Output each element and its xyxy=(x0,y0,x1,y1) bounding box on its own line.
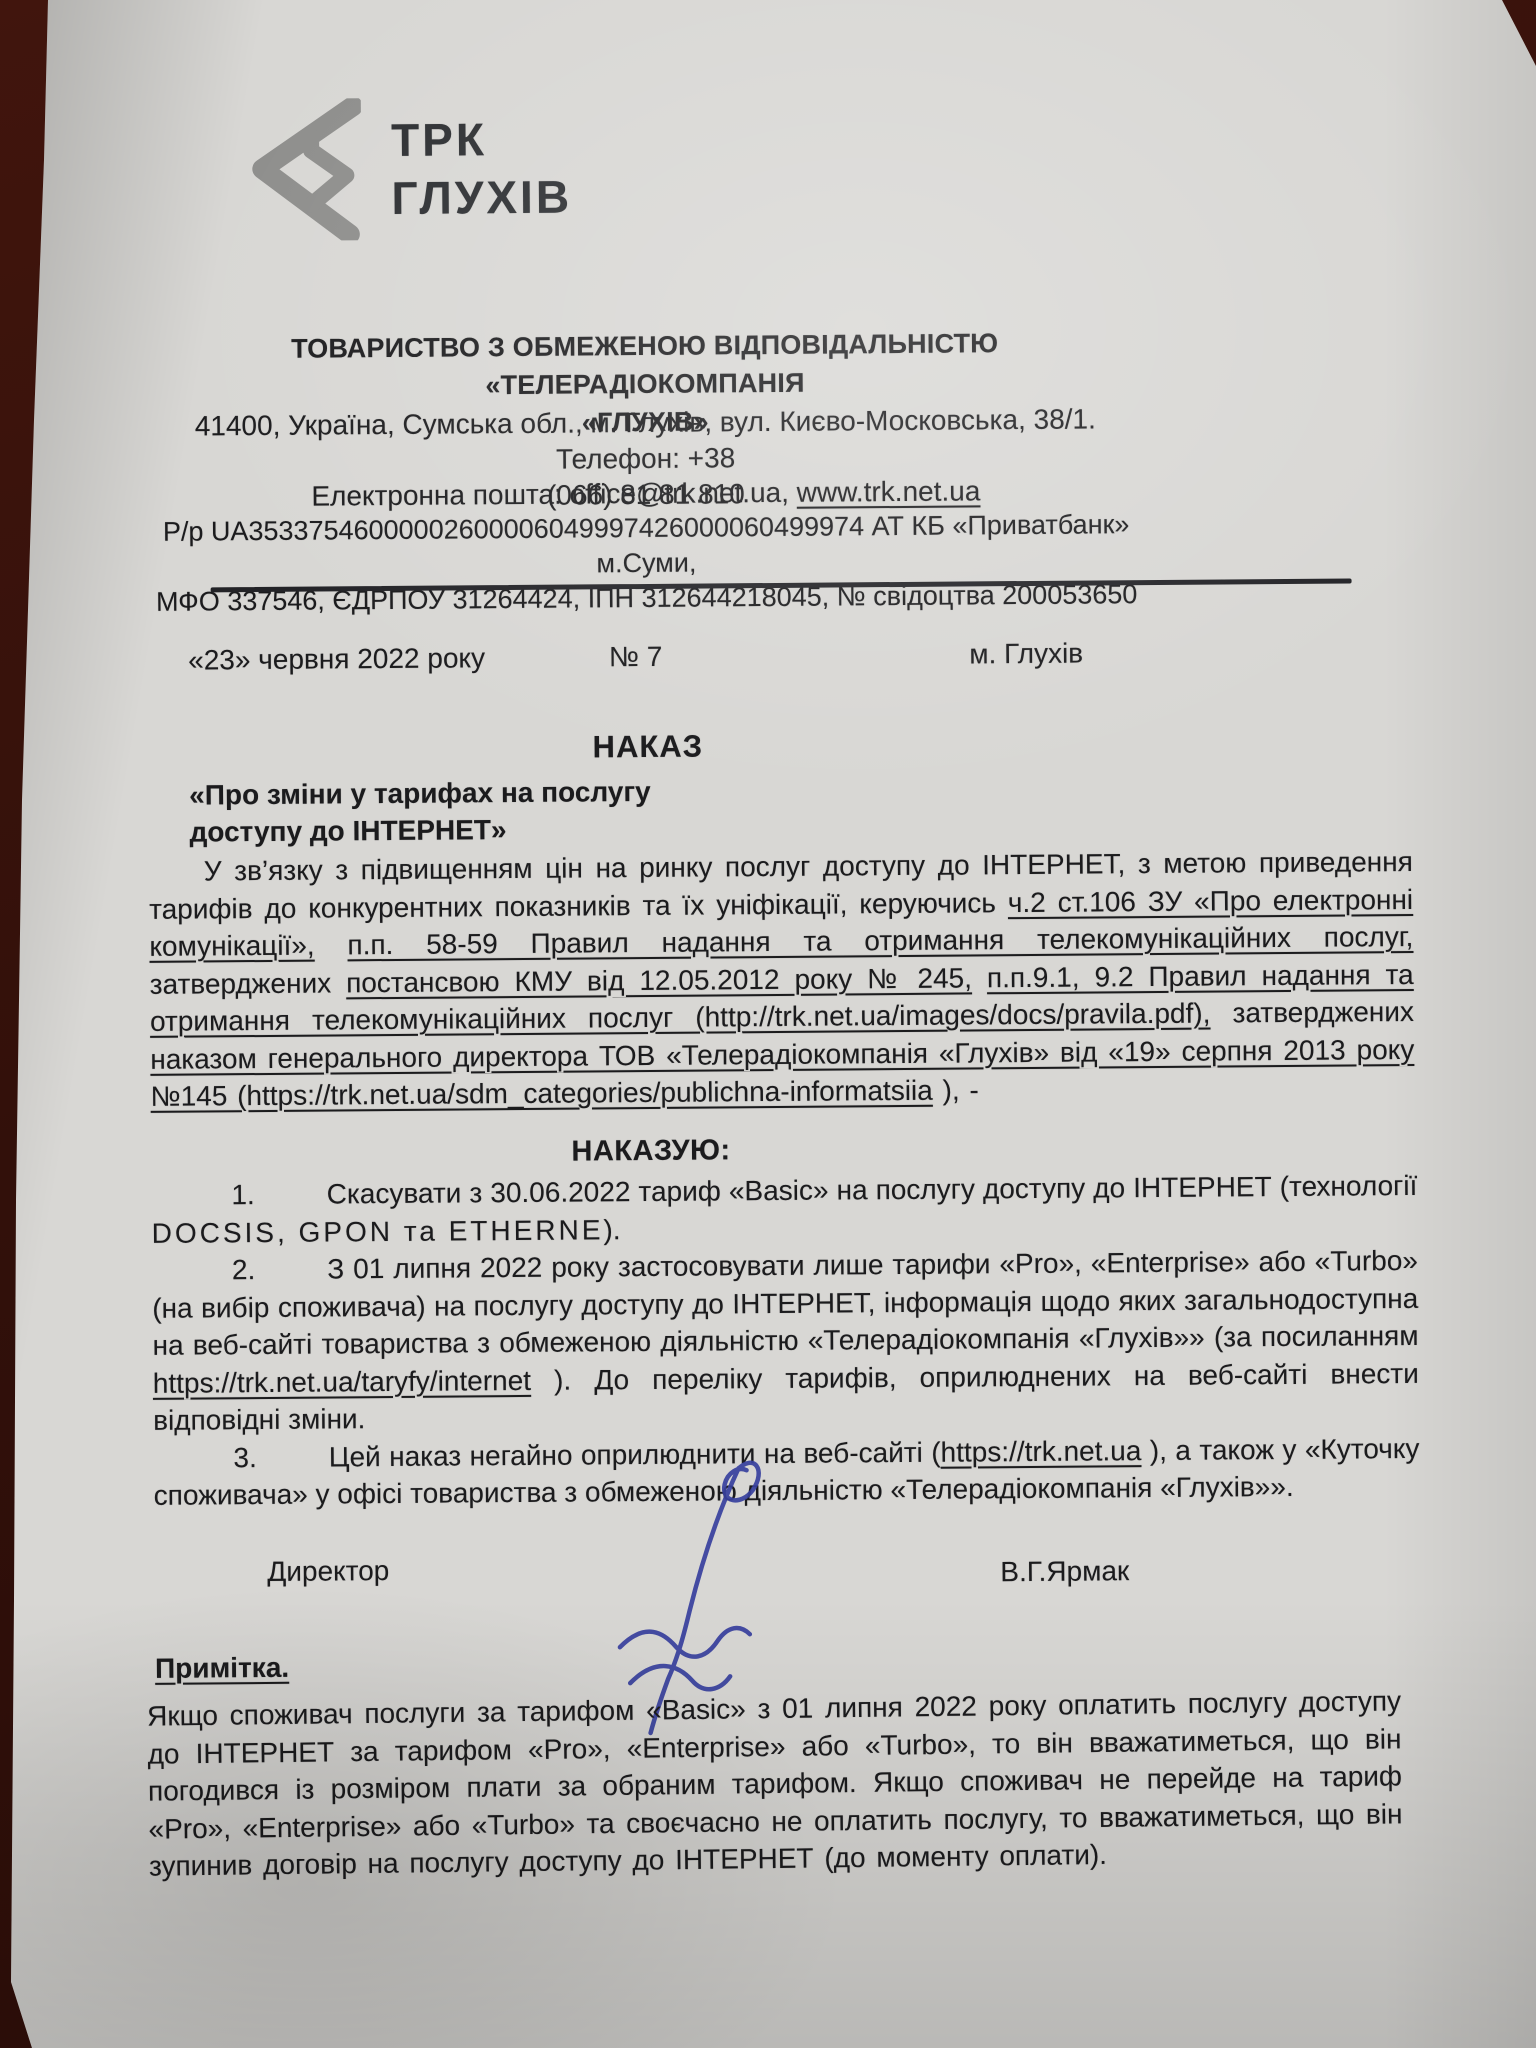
director-name: В.Г.Ярмак xyxy=(1000,1555,1129,1588)
tariffs-url: https://trk.net.ua/taryfy/internet xyxy=(153,1364,531,1398)
order-item-2: 2.З 01 липня 2022 року застосовувати лиш… xyxy=(152,1242,1419,1439)
company-name-line1: ТОВАРИСТВО З ОБМЕЖЕНОЮ ВІДПОВІДАЛЬНІСТЮ … xyxy=(291,328,998,400)
order-title: НАКАЗ xyxy=(148,725,1148,769)
technology-list: DOCSIS, GPON та ETHERNE xyxy=(152,1214,604,1249)
site-url: https://trk.net.ua xyxy=(940,1435,1141,1468)
order-item-1: 1.Скасувати з 30.06.2022 тариф «Basic» н… xyxy=(151,1167,1418,1252)
subject-line-1: «Про зміни у тарифах на послугу xyxy=(189,776,651,811)
logo-line-2: ГЛУХІВ xyxy=(391,171,572,224)
item-number: 3. xyxy=(233,1442,257,1473)
order-meta-row: «23» червня 2022 року № 7 м. Глухів xyxy=(188,638,1083,677)
order-date: «23» червня 2022 року xyxy=(188,642,487,676)
order-subject: «Про зміни у тарифах на послугу доступу … xyxy=(189,773,651,851)
address-line: 41400, Україна, Сумська обл., м. Глухів,… xyxy=(195,403,1096,474)
subject-line-2: доступу до ІНТЕРНЕТ» xyxy=(189,814,506,847)
bank-details: Р/р UA3533754600000260000604999742600006… xyxy=(146,507,1147,620)
bank-line-1: Р/р UA3533754600000260000604999742600006… xyxy=(163,509,1130,578)
resolution-heading: НАКАЗУЮ: xyxy=(151,1131,1151,1172)
website-link: www.trk.net.ua xyxy=(797,475,981,507)
director-role-label: Директор xyxy=(267,1555,389,1588)
photo-background: ТРК ГЛУХІВ ТОВАРИСТВО З ОБМЕЖЕНОЮ ВІДПОВ… xyxy=(0,0,1536,2048)
item-number: 1. xyxy=(231,1179,255,1210)
item-number: 2. xyxy=(232,1254,256,1285)
company-logo: ТРК ГЛУХІВ xyxy=(249,97,573,242)
logo-wordmark: ТРК ГЛУХІВ xyxy=(391,110,572,227)
order-preamble: У зв’язку з підвищенням цін на ринку пос… xyxy=(149,843,1415,1115)
email-label: Електронна пошта: office@trk.net.ua, xyxy=(311,477,797,512)
note-label: Примітка. xyxy=(155,1652,289,1685)
order-city: м. Глухів xyxy=(785,638,1084,672)
order-number: № 7 xyxy=(486,640,785,674)
note-text: Якщо споживач послуги за тарифом «Basic»… xyxy=(147,1682,1403,1885)
trk-logo-icon xyxy=(249,98,362,241)
document-content: ТРК ГЛУХІВ ТОВАРИСТВО З ОБМЕЖЕНОЮ ВІДПОВ… xyxy=(0,0,1536,2048)
logo-line-1: ТРК xyxy=(391,113,487,166)
